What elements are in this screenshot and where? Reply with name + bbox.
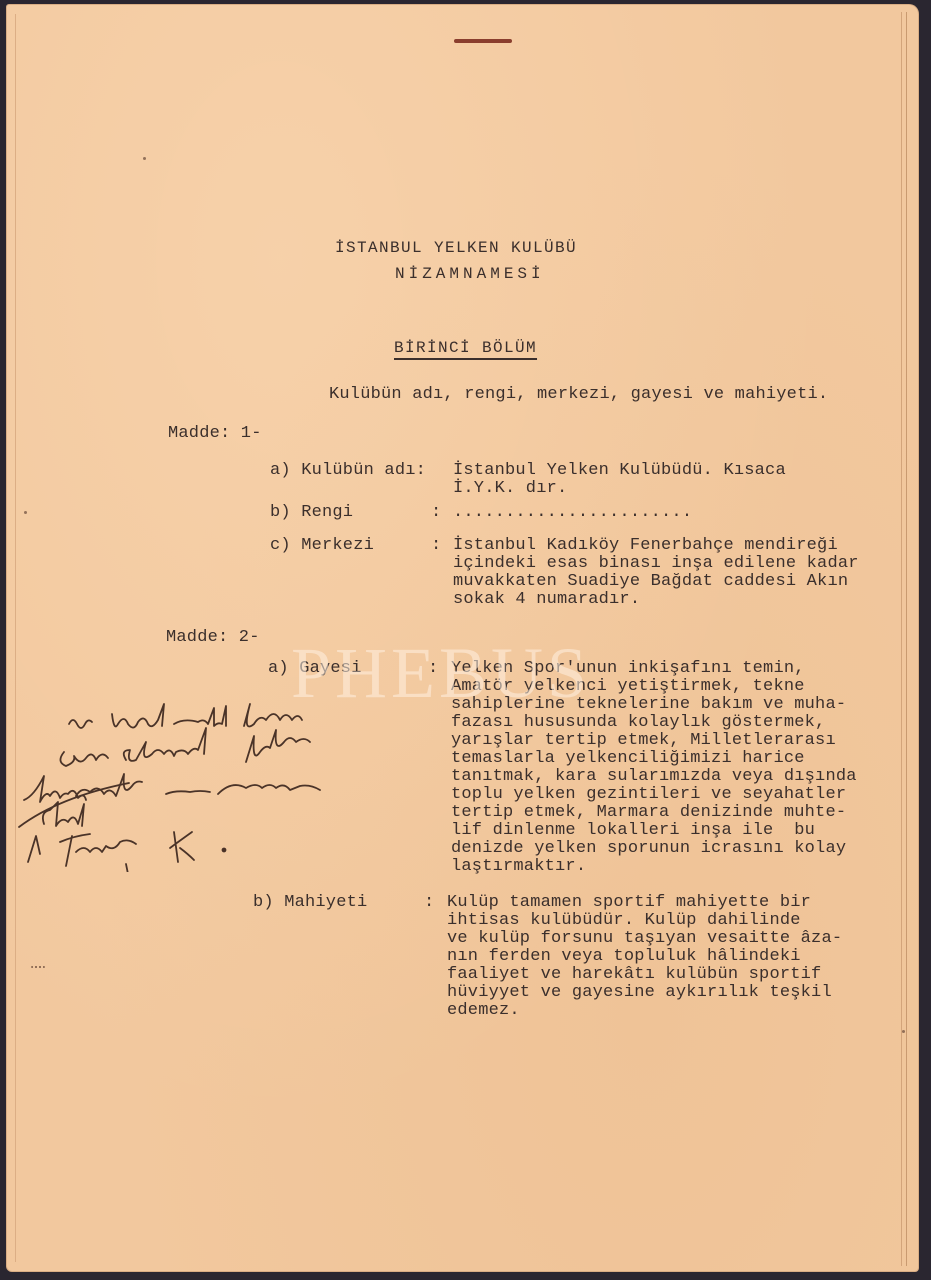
- article-1-item-c-colon: :: [431, 537, 441, 555]
- article-1-item-b-value: .......................: [453, 504, 692, 522]
- page-edge-right: [901, 12, 907, 1266]
- section-subtitle: Kulübün adı, rengi, merkezi, gayesi ve m…: [329, 386, 828, 404]
- article-2-item-a-line: denizde yelken sporunun icrasını kolay: [451, 840, 846, 858]
- article-1-item-a-label: a) Kulübün adı:: [270, 462, 426, 480]
- article-2-item-b-line: edemez.: [447, 1002, 520, 1020]
- article-2-item-b-colon: :: [424, 894, 434, 912]
- handwriting-scribble-icon: [14, 702, 454, 872]
- article-1-item-c-line: muvakkaten Suadiye Bağdat caddesi Akın: [453, 573, 848, 591]
- article-2-item-b-label: b) Mahiyeti: [253, 894, 367, 912]
- article-2-item-a-line: tanıtmak, kara sularımızda veya dışında: [451, 768, 857, 786]
- page-edge-left: [12, 14, 16, 1262]
- document-title-line1: İSTANBUL YELKEN KULÜBÜ: [335, 240, 577, 258]
- article-2-item-a-line: sahiplerine teknelerine bakım ve muha-: [451, 696, 846, 714]
- article-2-item-a-line: yarışlar tertip etmek, Milletlerarası: [451, 732, 836, 750]
- article-1-item-b-colon: :: [431, 504, 441, 522]
- article-1-item-b-label: b) Rengi: [270, 504, 353, 522]
- article-1-item-c-line: İstanbul Kadıköy Fenerbahçe mendireği: [453, 537, 838, 555]
- article-2-item-a-line: toplu yelken gezintileri ve seyahatler: [451, 786, 846, 804]
- article-2-item-b-line: hüviyyet ve gayesine aykırılık teşkil: [447, 984, 832, 1002]
- article-2-item-a-line: tertip etmek, Marmara denizinde muhte-: [451, 804, 846, 822]
- paper-speck: [902, 1030, 905, 1033]
- article-2-item-a-line: Yelken Spor'unun inkişafını temin,: [451, 660, 805, 678]
- article-2-item-a-line: temaslarla yelkenciliğimizi harice: [451, 750, 805, 768]
- staple-mark: [454, 39, 512, 43]
- article-1-item-c-line: içindeki esas binası inşa edilene kadar: [453, 555, 859, 573]
- article-2-item-a-line: fazası hususunda kolaylık göstermek,: [451, 714, 825, 732]
- article-2-item-b-line: Kulüp tamamen sportif mahiyette bir: [447, 894, 811, 912]
- article-1-item-c-label: c) Merkezi: [270, 537, 374, 555]
- article-2-heading: Madde: 2-: [166, 629, 260, 647]
- article-2-item-a-line: lif dinlenme lokalleri inşa ile bu: [451, 822, 815, 840]
- article-2-item-a-line: laştırmaktır.: [451, 858, 586, 876]
- paper-speck: [24, 511, 27, 514]
- paper-speck: [143, 157, 146, 160]
- article-1-item-a-line: İstanbul Yelken Kulübüdü. Kısaca: [453, 462, 786, 480]
- article-2-item-a-colon: :: [428, 660, 438, 678]
- handwritten-annotation: [14, 702, 454, 872]
- document-page: İSTANBUL YELKEN KULÜBÜ NİZAMNAMESİ BİRİN…: [6, 4, 919, 1272]
- article-1-item-c-line: sokak 4 numaradır.: [453, 591, 640, 609]
- article-2-item-b-line: faaliyet ve harekâtı kulübün sportif: [447, 966, 821, 984]
- article-1-heading: Madde: 1-: [168, 425, 262, 443]
- article-2-item-a-line: Amatör yelkenci yetiştirmek, tekne: [451, 678, 805, 696]
- document-title-line2: NİZAMNAMESİ: [395, 266, 545, 284]
- article-2-item-b-line: nın ferden veya topluluk hâlindeki: [447, 948, 801, 966]
- article-2-item-b-line: ihtisas kulübüdür. Kulüp dahilinde: [447, 912, 801, 930]
- section-title: BİRİNCİ BÖLÜM: [394, 340, 537, 358]
- article-2-item-b-line: ve kulüp forsunu taşıyan vesaitte âza-: [447, 930, 842, 948]
- pencil-dots: [31, 966, 45, 968]
- article-1-item-a-line: İ.Y.K. dır.: [453, 480, 567, 498]
- article-2-item-a-label: a) Gayesi: [268, 660, 362, 678]
